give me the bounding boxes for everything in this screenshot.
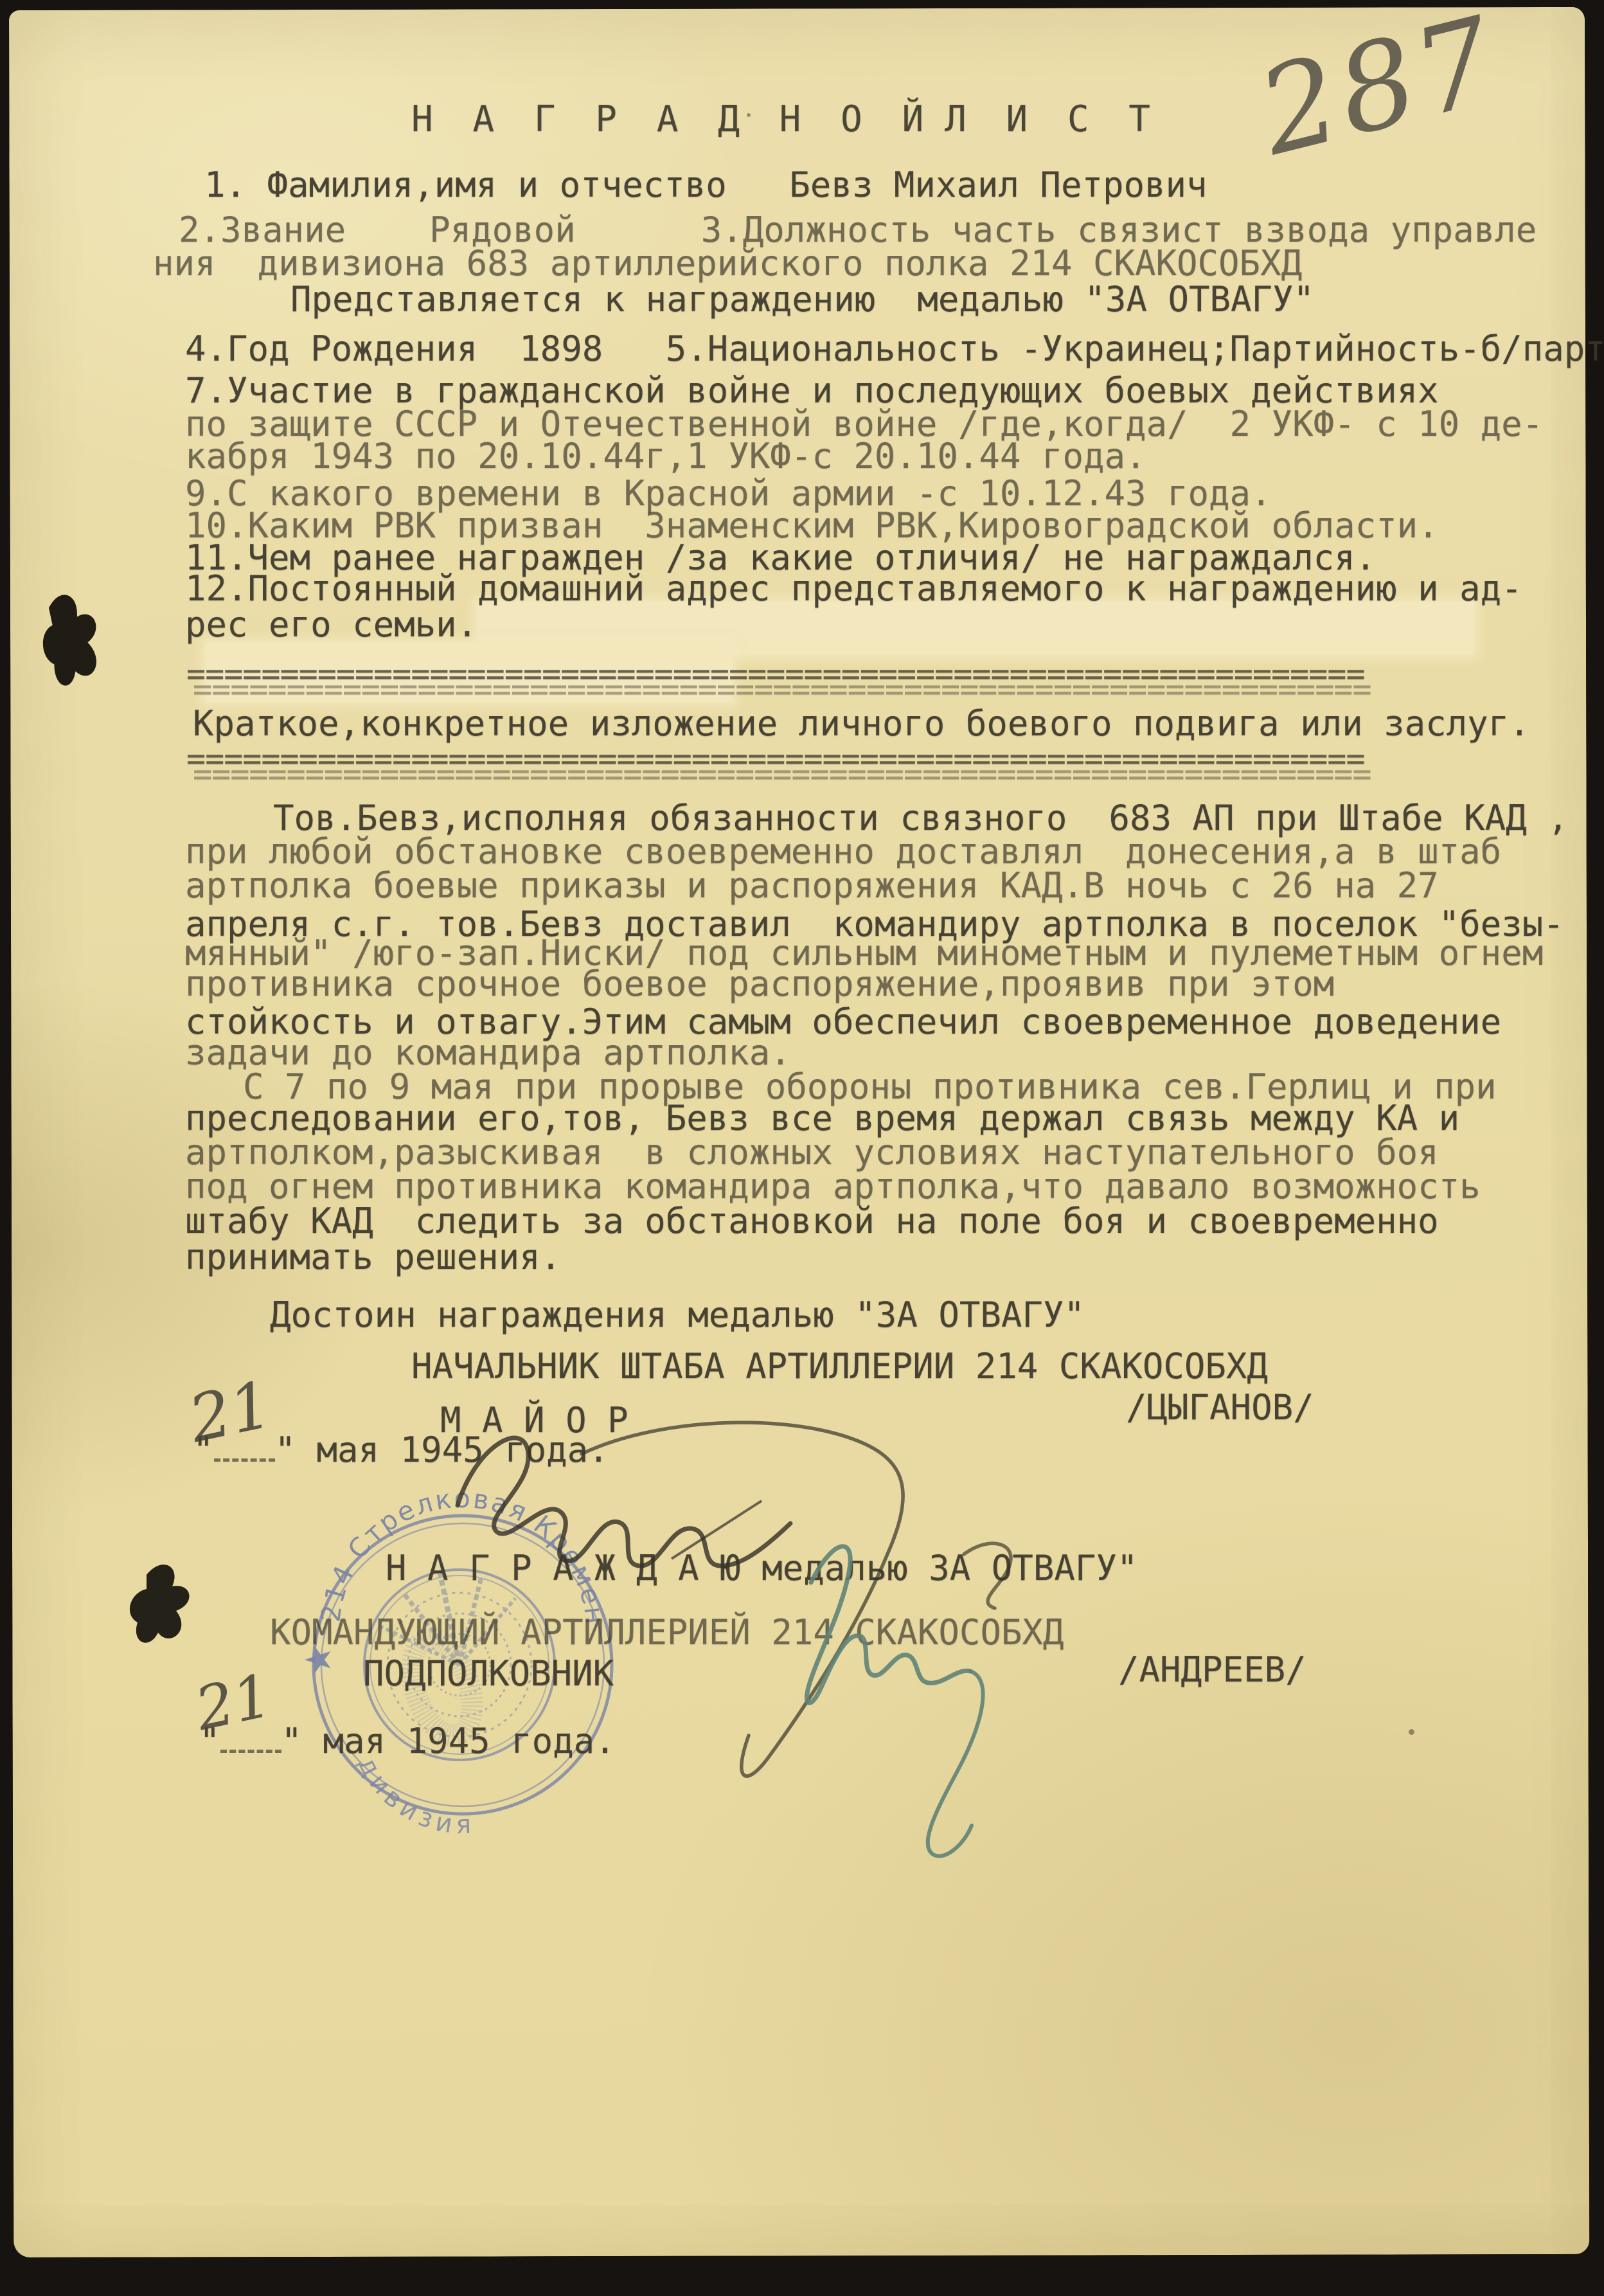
hole-mark bbox=[33, 589, 107, 688]
hole-mark bbox=[130, 1565, 190, 1643]
overlay-marks bbox=[0, 0, 1604, 2296]
signature-andreev bbox=[806, 1547, 983, 1856]
document-content: 287 Н А Г Р А Д Н О Й Л И С Т 1. Фамилия… bbox=[0, 0, 1604, 2296]
signature-tsyganov bbox=[458, 1422, 1011, 1776]
